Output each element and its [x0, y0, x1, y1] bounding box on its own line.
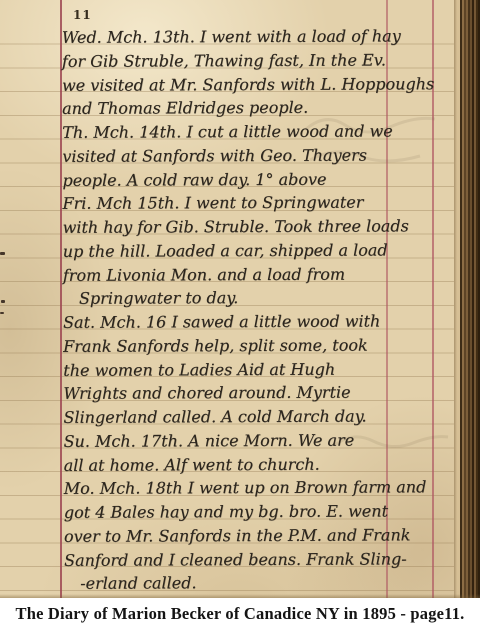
gutter-speck: [1, 300, 5, 303]
book-binding-edge: [454, 0, 480, 598]
diary-line: Su. Mch. 17th. A nice Morn. We are: [64, 428, 458, 453]
diary-line: Wed. Mch. 13th. I went with a load of ha…: [62, 24, 456, 49]
diary-line: Sanford and I cleaned beans. Frank Sling…: [64, 547, 458, 572]
diary-line: over to Mr. Sanfords in the P.M. and Fra…: [64, 523, 458, 548]
diary-line: for Gib Struble, Thawing fast, In the Ev…: [62, 48, 456, 73]
diary-line: all at home. Alf went to church.: [64, 452, 458, 477]
diary-line: Springwater to day.: [63, 285, 457, 310]
diary-line: from Livonia Mon. and a load from: [63, 262, 457, 287]
diary-line: we visited at Mr. Sanfords with L. Hoppo…: [62, 72, 456, 97]
diary-line: Fri. Mch 15th. I went to Springwater: [62, 190, 456, 215]
diary-line: Slingerland called. A cold March day.: [63, 404, 457, 429]
handwriting-block: Wed. Mch. 13th. I went with a load of ha…: [62, 24, 458, 596]
diary-line: Th. Mch. 14th. I cut a little wood and w…: [62, 119, 456, 144]
caption-bar: The Diary of Marion Becker of Canadice N…: [0, 598, 480, 630]
gutter-speck: [0, 312, 4, 314]
diary-line: Wrights and chored around. Myrtie: [63, 380, 457, 405]
scanned-diary-photo: 11 Wed. Mch. 13th. I went with a load of…: [0, 0, 480, 630]
gutter-speck: [0, 252, 5, 255]
diary-line: up the hill. Loaded a car, shipped a loa…: [63, 238, 457, 263]
diary-line: the women to Ladies Aid at Hugh: [63, 357, 457, 382]
diary-line: with hay for Gib. Struble. Took three lo…: [63, 214, 457, 239]
page-number: 11: [73, 8, 92, 22]
diary-line: -erland called.: [64, 570, 458, 595]
diary-paper-page: 11 Wed. Mch. 13th. I went with a load of…: [0, 0, 480, 598]
diary-line: Mo. Mch. 18th I went up on Brown farm an…: [64, 475, 458, 500]
diary-line: visited at Sanfords with Geo. Thayers: [62, 143, 456, 168]
diary-line: got 4 Bales hay and my bg. bro. E. went: [64, 499, 458, 524]
diary-line: people. A cold raw day. 1° above: [62, 167, 456, 192]
photo-caption: The Diary of Marion Becker of Canadice N…: [12, 604, 468, 624]
diary-line: and Thomas Eldridges people.: [62, 95, 456, 120]
diary-line: Frank Sanfords help, split some, took: [63, 333, 457, 358]
diary-line: Sat. Mch. 16 I sawed a little wood with: [63, 309, 457, 334]
